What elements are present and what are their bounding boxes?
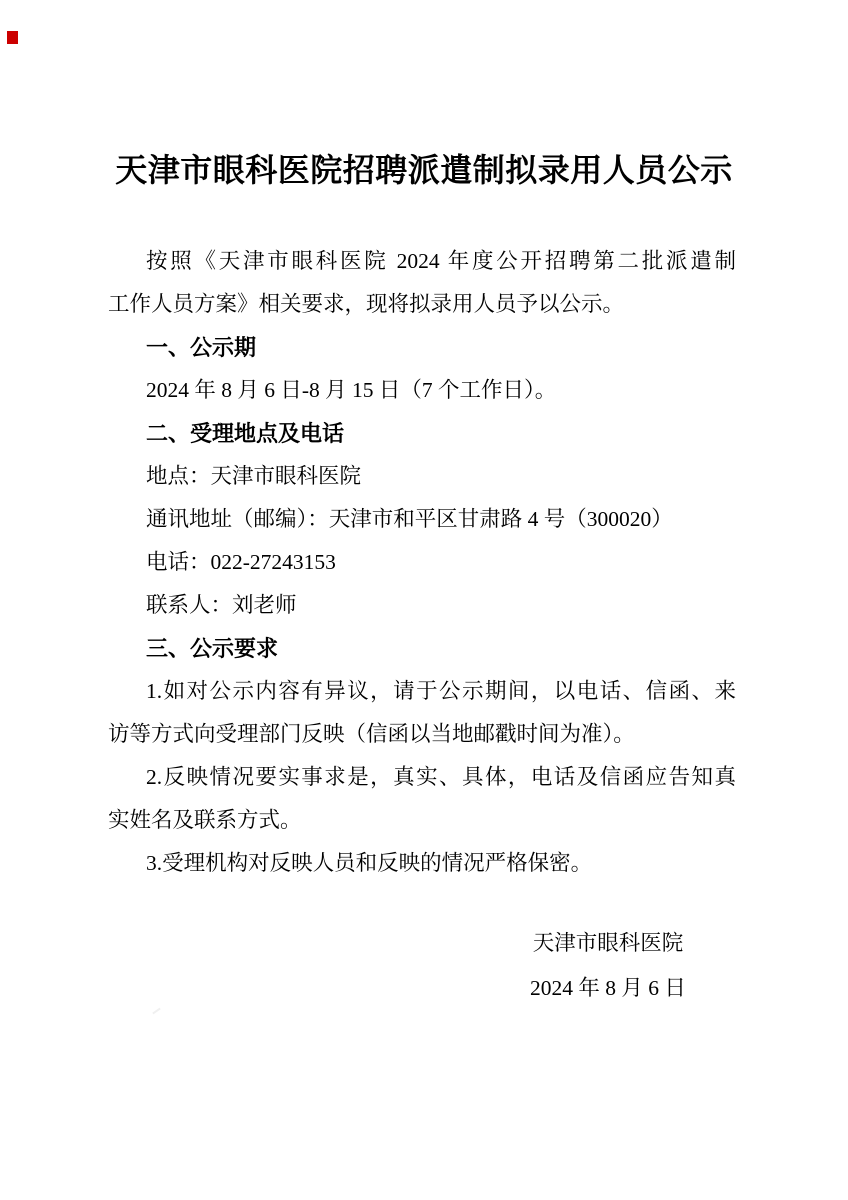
signature-date: 2024 年 8 月 6 日 <box>458 966 758 1011</box>
document-page: 天津市眼科医院招聘派遣制拟录用人员公示 按照《天津市眼科医院 2024 年度公开… <box>0 0 848 1200</box>
publicity-period: 2024 年 8 月 6 日-8 月 15 日（7 个工作日）。 <box>108 369 736 412</box>
contact-person-line: 联系人：刘老师 <box>108 584 736 627</box>
section-2-heading: 二、受理地点及电话 <box>108 412 736 455</box>
requirement-1-line-2: 访等方式向受理部门反映（信函以当地邮戳时间为准）。 <box>108 713 736 756</box>
scan-artifact <box>152 1008 161 1015</box>
mailing-address-line: 通讯地址（邮编）：天津市和平区甘肃路 4 号（300020） <box>108 498 736 541</box>
location-line: 地点：天津市眼科医院 <box>108 455 736 498</box>
section-1-heading: 一、公示期 <box>108 326 736 369</box>
red-corner-mark <box>7 31 18 44</box>
requirement-1-line-1: 1.如对公示内容有异议，请于公示期间，以电话、信函、来 <box>108 670 736 713</box>
document-body: 按照《天津市眼科医院 2024 年度公开招聘第二批派遣制 工作人员方案》相关要求… <box>108 240 736 885</box>
phone-line: 电话：022-27243153 <box>108 541 736 584</box>
intro-line-1: 按照《天津市眼科医院 2024 年度公开招聘第二批派遣制 <box>108 240 736 283</box>
section-3-heading: 三、公示要求 <box>108 627 736 670</box>
signature-org: 天津市眼科医院 <box>458 921 758 966</box>
requirement-2-line-2: 实姓名及联系方式。 <box>108 799 736 842</box>
page-title: 天津市眼科医院招聘派遣制拟录用人员公示 <box>0 146 848 194</box>
requirement-3-line: 3.受理机构对反映人员和反映的情况严格保密。 <box>108 842 736 885</box>
intro-line-2: 工作人员方案》相关要求，现将拟录用人员予以公示。 <box>108 283 736 326</box>
signature-block: 天津市眼科医院 2024 年 8 月 6 日 <box>458 921 758 1011</box>
requirement-2-line-1: 2.反映情况要实事求是，真实、具体，电话及信函应告知真 <box>108 756 736 799</box>
